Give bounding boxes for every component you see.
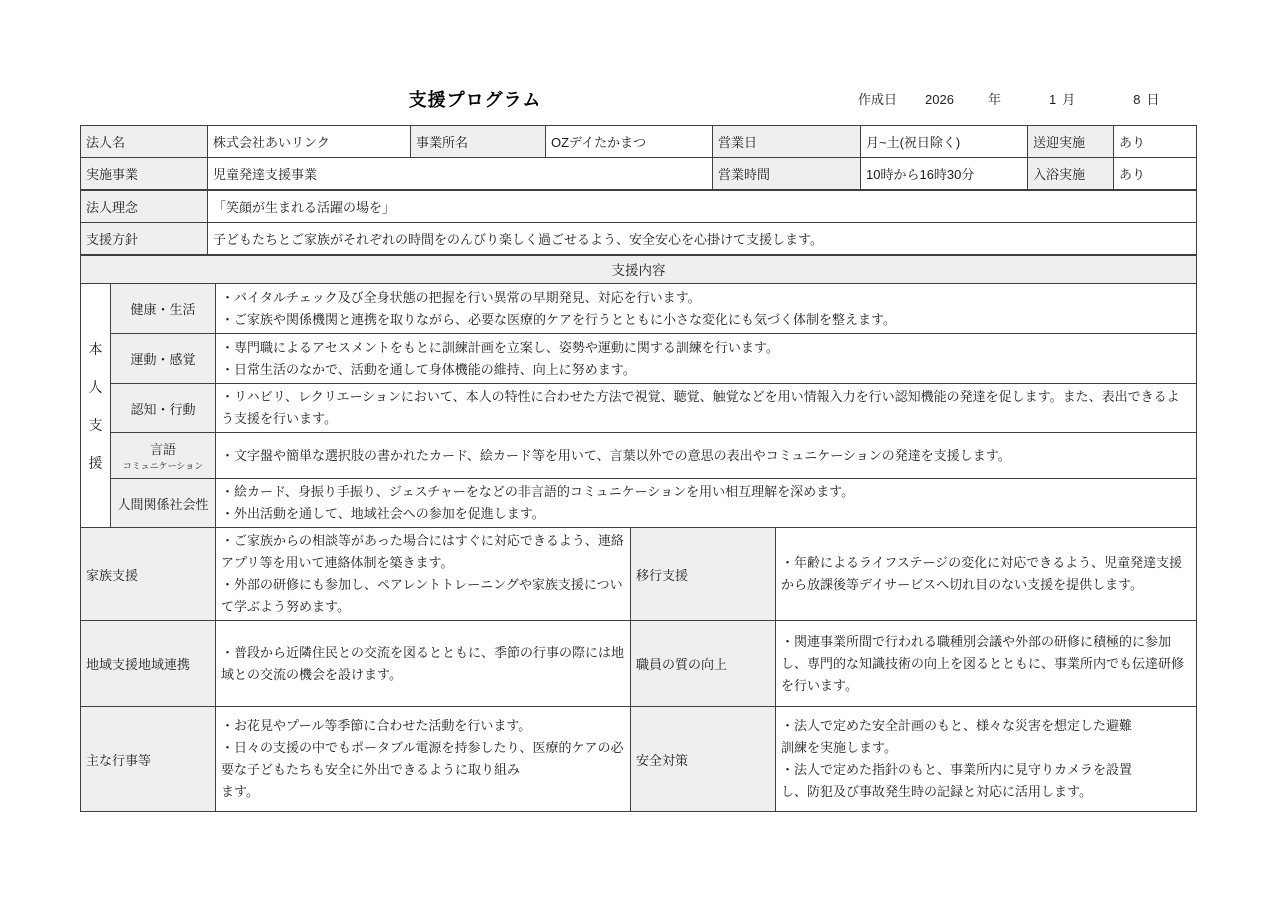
personal-support-table: 本人支援 健康・生活 ・バイタルチェック及び全身状態の把握を行い異常の早期発見、…	[80, 283, 1197, 528]
table-row: 法人名 株式会社あいリンク 事業所名 OZデイたかまつ 営業日 月~土(祝日除く…	[81, 126, 1197, 158]
personal-support-vertical-label: 本人支援	[81, 284, 111, 528]
service-value: 児童発達支援事業	[208, 158, 713, 190]
policy-label: 支援方針	[81, 223, 208, 255]
safety-measures-label: 安全対策	[631, 707, 776, 812]
language-communication-content: ・文字盤や簡単な選択肢の書かれたカード、絵カード等を用いて、言葉以外での意思の表…	[216, 433, 1197, 479]
pickup-label: 送迎実施	[1028, 126, 1114, 158]
page-title: 支援プログラム	[80, 86, 870, 112]
business-day-label: 営業日	[713, 126, 861, 158]
staff-quality-label: 職員の質の向上	[631, 621, 776, 707]
date-year-unit: 年	[988, 89, 1001, 108]
safety-measures-content: ・法人で定めた安全計画のもと、様々な災害を想定した避難 訓練を実施します。 ・法…	[776, 707, 1197, 812]
social-relations-content: ・絵カード、身振り手振り、ジェスチャーをなどの非言語的コミュニケーションを用い相…	[216, 479, 1197, 528]
hours-label: 営業時間	[713, 158, 861, 190]
philosophy-value: 「笑顔が生まれる活躍の場を」	[208, 190, 1197, 223]
section-header-row: 支援内容	[81, 255, 1197, 284]
service-label: 実施事業	[81, 158, 208, 190]
health-life-label: 健康・生活	[111, 284, 216, 334]
bath-value: あり	[1114, 158, 1197, 190]
document-body: 法人名 株式会社あいリンク 事業所名 OZデイたかまつ 営業日 月~土(祝日除く…	[80, 125, 1196, 812]
health-life-content: ・バイタルチェック及び全身状態の把握を行い異常の早期発見、対応を行います。 ・ご…	[216, 284, 1197, 334]
business-day-value: 月~土(祝日除く)	[861, 126, 1028, 158]
date-day-unit: 日	[1146, 89, 1159, 108]
table-row: 支援方針 子どもたちとご家族がそれぞれの時間をのんびり楽しく過ごせるよう、安全安…	[81, 223, 1197, 255]
staff-quality-content: ・関連事業所間で行われる職種別会議や外部の研修に積極的に参加し、専門的な知識技術…	[776, 621, 1197, 707]
office-name-value: OZデイたかまつ	[546, 126, 713, 158]
date-month: 1	[1049, 92, 1056, 107]
family-support-content: ・ご家族からの相談等があった場合にはすぐに対応できるよう、連絡アプリ等を用いて連…	[216, 528, 631, 621]
table-row: 運動・感覚 ・専門職によるアセスメントをもとに訓練計画を立案し、姿勢や運動に関す…	[81, 334, 1197, 384]
cognition-behavior-content: ・リハビリ、レクリエーションにおいて、本人の特性に合わせた方法で視覚、聴覚、触覚…	[216, 384, 1197, 433]
main-events-label: 主な行事等	[81, 707, 216, 812]
date-day: 8	[1133, 92, 1140, 107]
social-relations-label: 人間関係社会性	[111, 479, 216, 528]
cognition-behavior-label: 認知・行動	[111, 384, 216, 433]
date-label: 作成日	[858, 89, 897, 108]
policy-value: 子どもたちとご家族がそれぞれの時間をのんびり楽しく過ごせるよう、安全安心を心掛け…	[208, 223, 1197, 255]
motion-sense-label: 運動・感覚	[111, 334, 216, 384]
corp-name-value: 株式会社あいリンク	[208, 126, 411, 158]
community-support-label: 地域支援地域連携	[81, 621, 216, 707]
creation-date: 作成日 2026 年 1 月 8 日	[858, 89, 1188, 108]
office-name-label: 事業所名	[411, 126, 546, 158]
table-row: 主な行事等 ・お花見やプール等季節に合わせた活動を行います。 ・日々の支援の中で…	[81, 707, 1197, 812]
bath-label: 入浴実施	[1028, 158, 1114, 190]
table-row: 実施事業 児童発達支援事業 営業時間 10時から16時30分 入浴実施 あり	[81, 158, 1197, 190]
table-row: 地域支援地域連携 ・普段から近隣住民との交流を図るとともに、季節の行事の際には地…	[81, 621, 1197, 707]
info-table: 法人名 株式会社あいリンク 事業所名 OZデイたかまつ 営業日 月~土(祝日除く…	[80, 125, 1197, 284]
support-program-document: 支援プログラム 作成日 2026 年 1 月 8 日 法人名 株式会社あいリンク…	[0, 0, 1280, 905]
table-row: 本人支援 健康・生活 ・バイタルチェック及び全身状態の把握を行い異常の早期発見、…	[81, 284, 1197, 334]
pickup-value: あり	[1114, 126, 1197, 158]
community-support-content: ・普段から近隣住民との交流を図るとともに、季節の行事の際には地域との交流の機会を…	[216, 621, 631, 707]
section-header: 支援内容	[81, 255, 1197, 284]
transition-support-label: 移行支援	[631, 528, 776, 621]
main-events-content: ・お花見やプール等季節に合わせた活動を行います。 ・日々の支援の中でもポータブル…	[216, 707, 631, 812]
family-support-label: 家族支援	[81, 528, 216, 621]
table-row: 家族支援 ・ご家族からの相談等があった場合にはすぐに対応できるよう、連絡アプリ等…	[81, 528, 1197, 621]
table-row: 法人理念 「笑顔が生まれる活躍の場を」	[81, 190, 1197, 223]
date-year: 2026	[925, 92, 954, 107]
corp-name-label: 法人名	[81, 126, 208, 158]
date-month-unit: 月	[1062, 89, 1075, 108]
table-row: 認知・行動 ・リハビリ、レクリエーションにおいて、本人の特性に合わせた方法で視覚…	[81, 384, 1197, 433]
hours-value: 10時から16時30分	[861, 158, 1028, 190]
philosophy-label: 法人理念	[81, 190, 208, 223]
motion-sense-content: ・専門職によるアセスメントをもとに訓練計画を立案し、姿勢や運動に関する訓練を行い…	[216, 334, 1197, 384]
other-support-table: 家族支援 ・ご家族からの相談等があった場合にはすぐに対応できるよう、連絡アプリ等…	[80, 527, 1197, 812]
table-row: 言語 コミュニケーション ・文字盤や簡単な選択肢の書かれたカード、絵カード等を用…	[81, 433, 1197, 479]
document-header: 支援プログラム 作成日 2026 年 1 月 8 日	[80, 86, 1196, 118]
language-communication-sublabel: コミュニケーション	[116, 459, 210, 472]
table-row: 人間関係社会性 ・絵カード、身振り手振り、ジェスチャーをなどの非言語的コミュニケ…	[81, 479, 1197, 528]
transition-support-content: ・年齢によるライフステージの変化に対応できるよう、児童発達支援から放課後等デイサ…	[776, 528, 1197, 621]
language-communication-label: 言語 コミュニケーション	[111, 433, 216, 479]
